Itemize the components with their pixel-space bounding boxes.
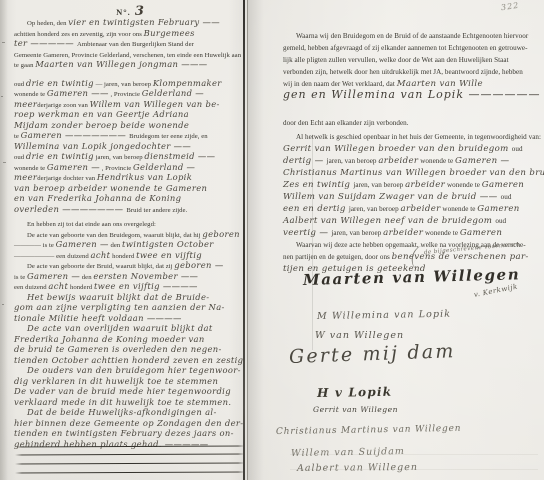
printed-text: wonende te [441,205,478,213]
handwritten-text: vier en twintigsten February —— [68,17,220,27]
handwritten-text: verklaard mede in dit huwelijk toe te st… [14,397,231,407]
document-line: Mijdam zonder beroep beide wonende [14,119,246,130]
document-line: gemeld, hebben afgevraagd of zij elkande… [283,40,539,52]
document-line: Het bewijs waaruit blijkt dat de Bruide- [14,291,246,302]
document-line: wonende te Gameren — , Provincie Gelderl… [14,161,246,172]
printed-text: lijk alle pligten zullen vervullen, welk… [283,56,509,64]
handwritten-text: gen en Willemina van Lopik —————— [283,88,541,101]
document-line: Zes en twintig jaren, van beroep arbeide… [283,177,539,189]
document-line: Frederika Johanna de Koning moeder van [14,333,246,344]
handwritten-text: twintigsten October [122,239,214,249]
handwritten-text: Gameren — [56,239,109,249]
handwritten-text: Willemina van Lopik jongedochter —— [14,141,191,151]
handwritten-text: van beroep arbeider wonende te Gameren [14,183,207,193]
printed-text: Waarna wij den Bruidegom en de Bruid of … [296,32,528,40]
document-line: tionale Militie heeft voldaan ———— [14,312,246,323]
handwritten-text: overleden ——————— [14,204,126,214]
document-line: meerderjarige dochter van Hendrikus van … [14,171,246,182]
document-line: De acte van geboorte van den Bruidegom, … [14,228,246,239]
left-edge-shading [0,0,8,480]
document-line: van beroep arbeider wonende te Gameren [14,182,246,193]
signature-witness-1: Gerrit van Willegen [313,405,398,414]
printed-text: gemeld, hebben afgevraagd of zij elkande… [283,44,528,52]
handwritten-text: Burgemees [144,28,195,38]
printed-text: jaren, van beroep [349,205,401,213]
handwritten-text: Klompenmaker [153,78,222,88]
document-line: door den Echt aan elkander zijn verbonde… [283,115,539,127]
document-line: dig verklaren in dit huwelijk toe te ste… [14,375,246,386]
handwritten-text: Maarten van Willegen jongman ——— [35,59,207,69]
act-number: N°. 3 [14,2,246,16]
handwritten-text: Gameren ——————— [21,130,129,140]
printed-text: Al hetwelk is geschied openbaar in het h… [296,133,541,141]
document-line: tienden en twintigsten February dezes ja… [14,427,246,438]
document-line: dertig — jaren, van beroep arbeider wone… [283,153,539,165]
scan-speck [3,162,6,163]
document-line: De ouders van den bruidegom hier tegenwo… [14,364,246,375]
document-line: lijk alle pligten zullen vervullen, welk… [283,52,539,64]
handwritten-text: tienden October achttien honderd zeven e… [14,355,243,365]
show-through-rule [290,454,538,455]
signature-father-bride: H v Lopik [317,385,392,400]
handwritten-text: Willem van Willegen van be- [90,99,220,109]
document-line: te gaan Maarten van Willegen jongman ——— [14,58,246,69]
document-line: een en dertig jaren, van beroep arbeider… [283,201,539,213]
document-line: oud drie en twintig jaren, van beroep di… [14,150,246,161]
handwritten-text: acht [48,281,68,291]
printed-text: wonende te [445,181,482,189]
document-line: de bruid te Gameren is overleden den neg… [14,343,246,354]
printed-text: door den Echt aan elkander zijn verbonde… [283,119,409,127]
signature-witness-4: Aalbert van Willegen [297,462,418,474]
printed-text: nen partijen en de getuigen, door ons [283,253,392,261]
printed-text: oud [501,193,512,201]
document-line: roep werkman en van Geertje Adriana [14,108,246,119]
document-line: verklaard mede in dit huwelijk toe te st… [14,396,246,407]
document-line: een duizend acht honderd twee en vijftig… [14,280,246,291]
scan-speck [2,304,4,305]
document-line: meerderjarige zoon van Willem van Willeg… [14,98,246,109]
document-line: ter ————— Ambtenaar van den Burgerlijken… [14,37,246,48]
left-page: N°. 3 Op heden, den vier en twintigsten … [14,2,246,448]
handwritten-text: acht [91,250,111,260]
document-line: achttien honderd zes en zeventig, zijn v… [14,27,246,38]
handwritten-text: roep werkman en van Geertje Adriana [14,109,189,119]
printed-text: Bruid ter andere zijde. [126,207,187,214]
handwritten-text: drie en twintig [26,151,94,161]
handwritten-text: tienden en twintigsten February dezes ja… [14,428,234,438]
printed-text: jaren, van beroep [353,181,405,189]
document-line: gen en Willemina van Lopik —————— [283,88,539,100]
handwritten-text: twee en vijftig [136,250,202,260]
document-line: —————— een duizend acht honderd twee en … [14,249,246,260]
show-through-rule [290,469,538,470]
printed-text: wij in den naam der Wet verklaard, dat [283,80,397,88]
document-line: ———— is te Gameren — den twintigsten Oct… [14,238,246,249]
document-line: en van Frederika Johanna de Koning [14,192,246,203]
handwritten-text: en van Frederika Johanna de Koning [14,193,181,203]
handwritten-text: dig verklaren in dit huwelijk toe te ste… [14,376,218,386]
document-line: De vader van de bruid mede hier tegenwoo… [14,385,246,396]
handwritten-text: ter ————— [14,38,77,48]
handwritten-text: meer [14,172,37,182]
handwritten-text: Gameren —— [47,88,109,98]
handwritten-text: De vader van de bruid mede hier tegenwoo… [14,386,231,396]
signature-witness-3: Willem van Suijdam [291,446,405,459]
document-line: Christianus Martinus van Willegen broede… [283,165,539,177]
signature-father-groom: W van Willegen [315,330,404,341]
handwritten-text: de bruid te Gameren is overleden den neg… [14,344,222,354]
scan-speck [2,42,5,43]
document-line: Al hetwelk is geschied openbaar in het h… [283,129,539,141]
document-line: Aalbert van Willegen neef van de bruideg… [283,213,539,225]
handwritten-text: Gelderland — [133,162,195,172]
printed-text: oud [512,145,523,153]
handwritten-text: geboren — [174,260,223,270]
handwritten-text: De ouders van den bruidegom hier tegenwo… [27,365,241,375]
document-line: verbonden zijn, hetwelk door hen uitdruk… [283,64,539,76]
handwritten-text: meer [14,99,37,109]
document-line: tienden October achttien honderd zeven e… [14,354,246,365]
document-line: gom aan zijne verpligting ten aanzien de… [14,301,246,312]
book-seam-shadow [248,0,264,480]
handwritten-text: Gelderland — [142,88,204,98]
printed-text: oud [495,217,506,225]
document-line: Gerrit van Willegen broeder van den brui… [283,141,539,153]
document-line: hier binnen deze Gemeente op Zondagen de… [14,417,246,428]
handwritten-text: geboren [202,229,240,239]
handwritten-text: dienstmeid —— [144,151,215,161]
signature-bride: M Willemina van Lopik [317,309,451,322]
printed-text: verbonden zijn, hetwelk door hen uitdruk… [283,68,523,76]
document-line: veertig — jaren, van beroep arbeider won… [283,225,539,237]
scan-speck [1,96,3,97]
printed-text: wonende te [418,157,455,165]
document-line: te Gameren ——————— Bruidegom ter eene zi… [14,129,246,140]
document-line: wonende te Gameren —— , Provincie Gelder… [14,87,246,98]
handwritten-text: Hendrikus van Lopik [97,172,192,182]
handwritten-text: Gameren — [47,162,100,172]
document-line: Dat de beide Huwelijks-afkondigingen al- [14,406,246,417]
printed-text: jaren, van beroep [331,229,383,237]
handwritten-text: drie en twintig [26,78,94,88]
document-line: Willemina van Lopik jongedochter —— [14,140,246,151]
document-line: Op heden, den vier en twintigsten Februa… [14,16,246,27]
handwritten-text: hier binnen deze Gemeente op Zondagen de… [14,418,243,428]
document-line: De acte van geboorte der Bruid, waaruit … [14,259,246,270]
printed-text: te gaan [14,62,35,69]
printed-text: wonende te [423,229,460,237]
document-line: Waarna wij den Bruidegom en de Bruid of … [283,28,539,40]
handwritten-text: gom aan zijne verpligting ten aanzien de… [14,302,225,312]
handwritten-text: tionale Militie heeft voldaan ———— [14,313,182,323]
right-page: Waarna wij den Bruidegom en de Bruid of … [283,28,539,273]
handwritten-text: Gameren — [27,271,80,281]
document-line: overleden ——————— Bruid ter andere zijde… [14,203,246,214]
handwritten-text: Het bewijs waaruit blijkt dat de Bruide- [27,292,209,302]
handwritten-text: twee en vijftig ———— [94,281,198,291]
handwritten-text: Frederika Johanna de Koning moeder van [14,334,205,344]
document-line: Gemeente Gameren, Provincie Gelderland, … [14,48,246,59]
document-line: oud drie en twintig — jaren, van beroep … [14,77,246,88]
printed-text: jaren, van beroep [327,157,379,165]
handwritten-text: De acte van overlijden waaruit blijkt da… [27,323,213,333]
document-line: is te Gameren — den eersten November —— [14,270,246,281]
handwritten-text: Dat de beide Huwelijks-afkondigingen al- [27,407,217,417]
document-line: wij in den naam der Wet verklaard, dat M… [283,76,539,88]
document-line: En hebben zij tot dat einde aan ons over… [14,217,246,228]
document-line: Willem van Suijdam Zwager van de bruid —… [283,189,539,201]
handwritten-text: Mijdam zonder beroep beide wonende [14,120,189,130]
document-line: De acte van overlijden waaruit blijkt da… [14,322,246,333]
handwritten-text: eersten November —— [93,271,198,281]
